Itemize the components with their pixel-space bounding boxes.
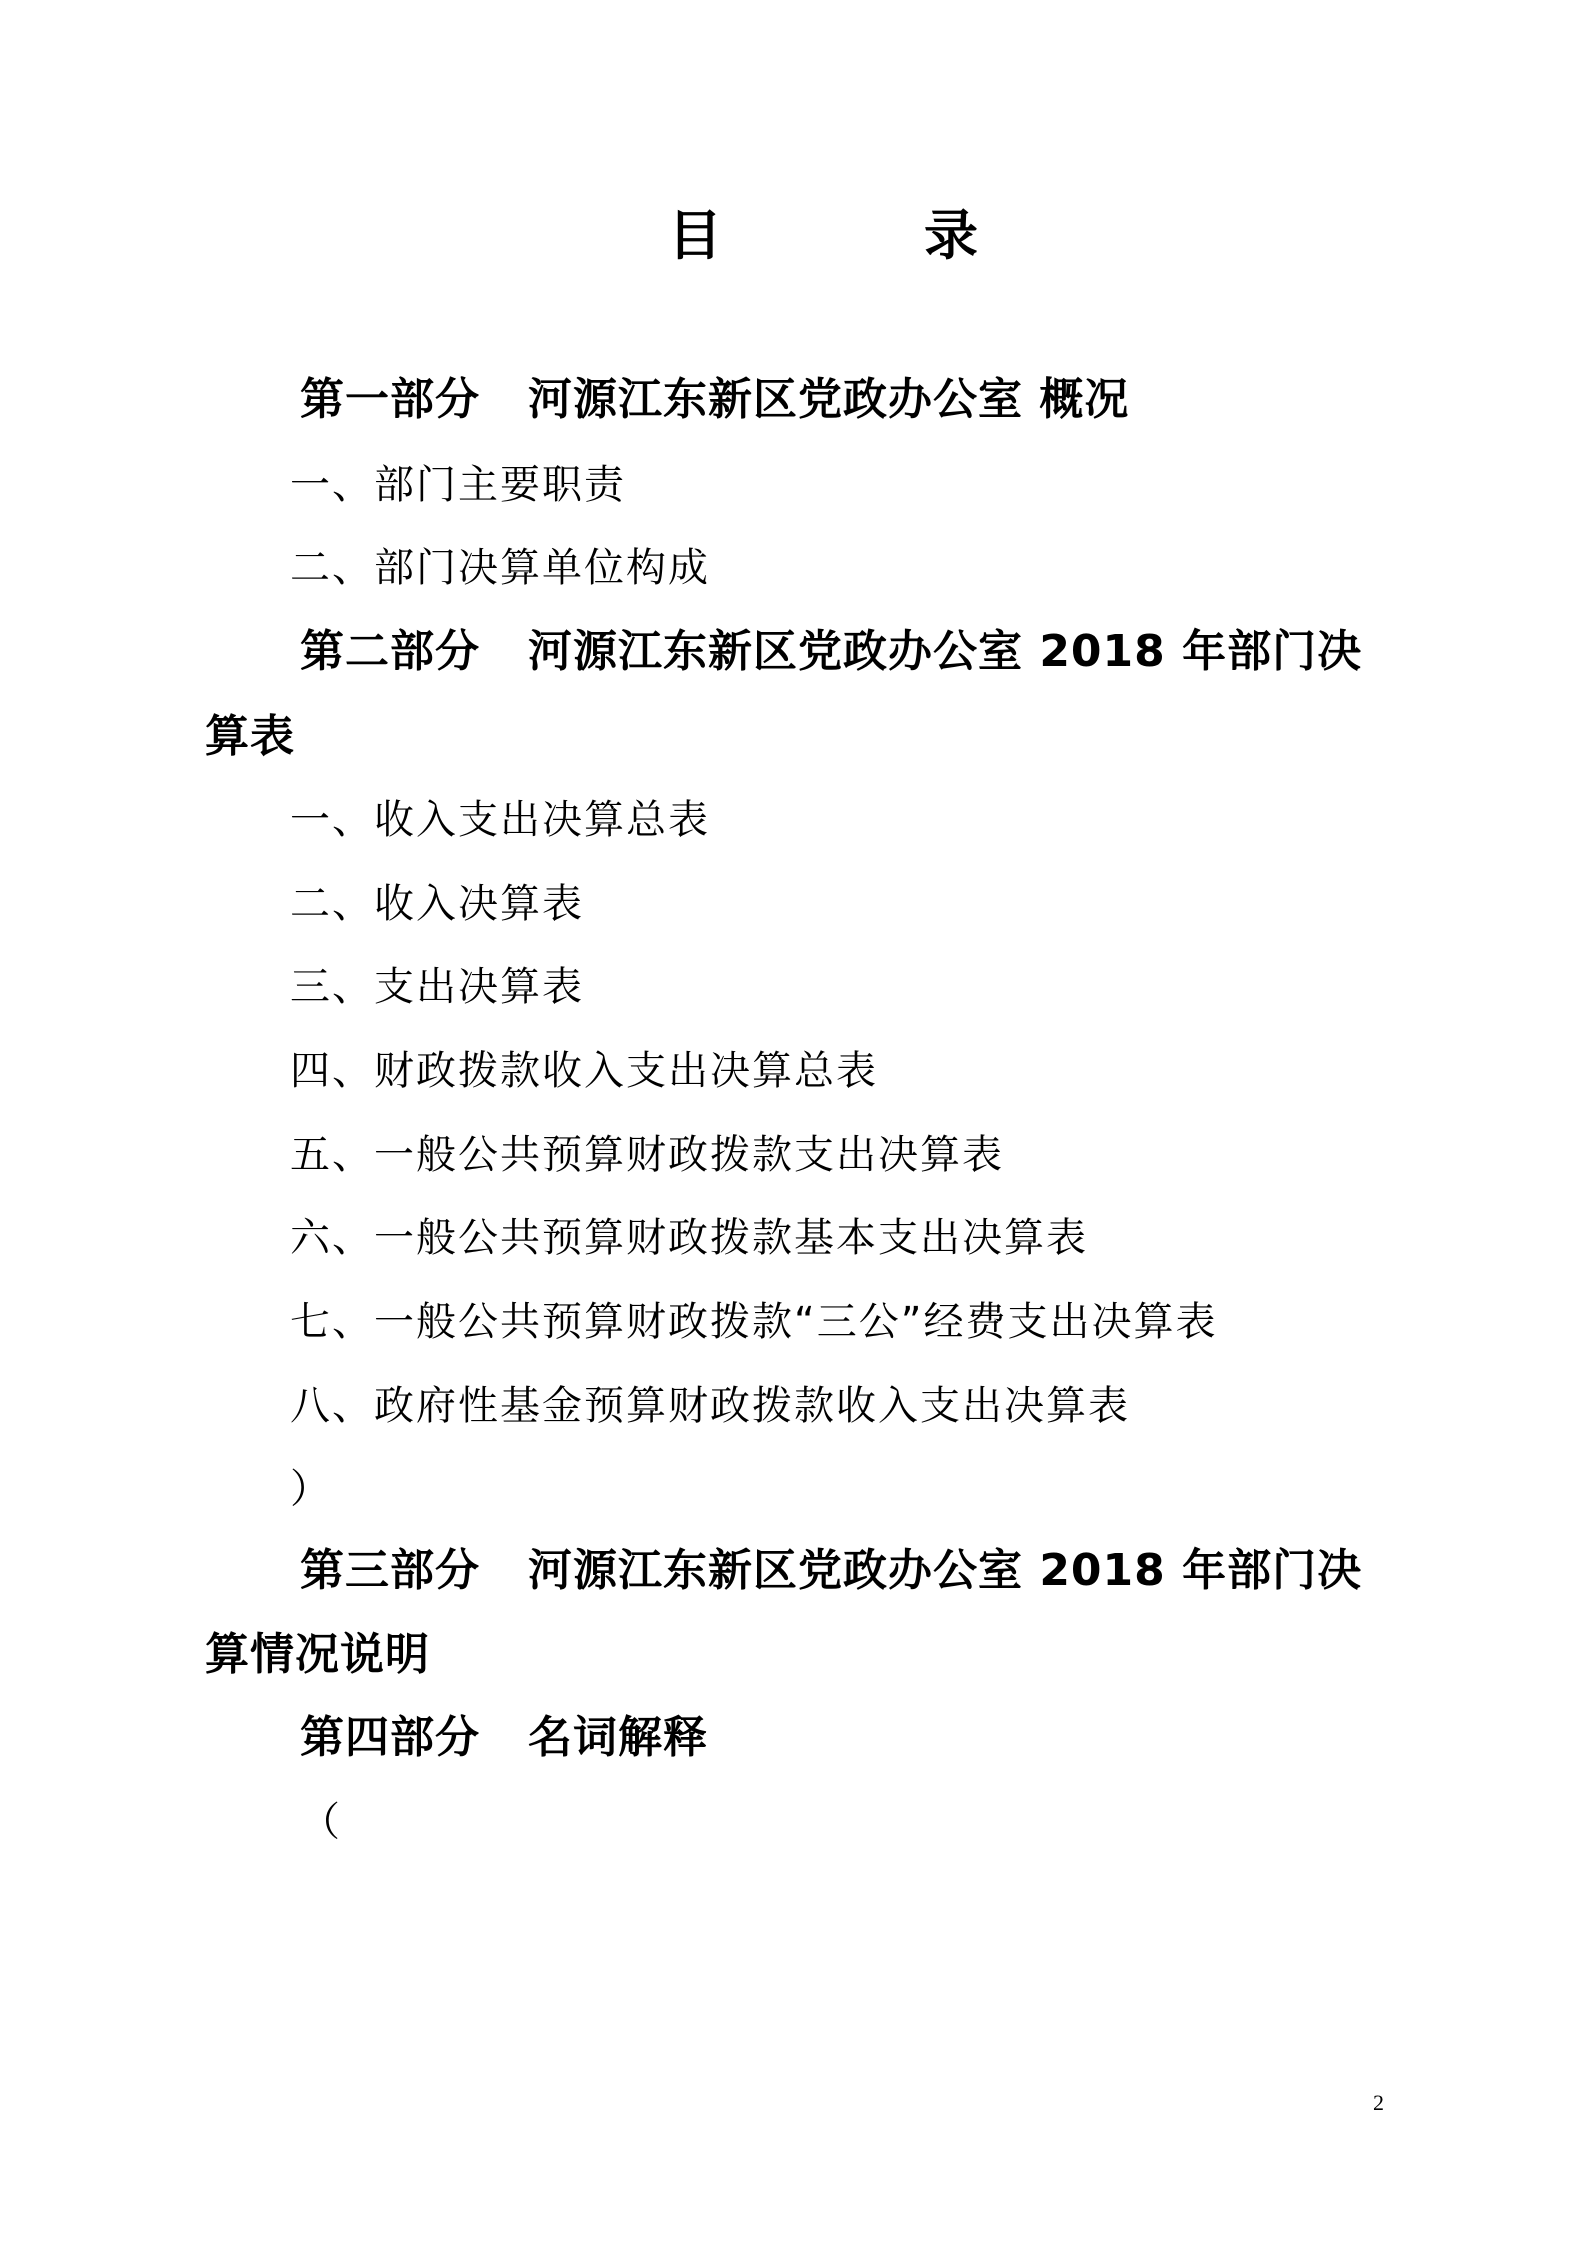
toc-part-text: 名词解释 bbox=[528, 1712, 708, 1763]
toc-part-text: 河源江东新区党政办公室 2018 年部门决 bbox=[528, 626, 1362, 677]
toc-part-label: 第二部分 bbox=[300, 626, 480, 677]
toc-part-2-continuation: 算表 bbox=[205, 712, 295, 762]
toc-title-char-1: 目 bbox=[668, 200, 722, 270]
toc-item: 五、一般公共预算财政拨款支出决算表 bbox=[290, 1130, 1004, 1180]
toc-title-char-2: 录 bbox=[924, 200, 978, 270]
toc-item: 四、财政拨款收入支出决算总表 bbox=[290, 1046, 878, 1096]
toc-item: 二、部门决算单位构成 bbox=[290, 543, 710, 593]
toc-closing-paren: ） bbox=[290, 1464, 332, 1514]
toc-item: 七、一般公共预算财政拨款“三公”经费支出决算表 bbox=[290, 1297, 1217, 1347]
toc-item: 六、一般公共预算财政拨款基本支出决算表 bbox=[290, 1213, 1088, 1263]
toc-part-label: 第一部分 bbox=[300, 374, 480, 425]
toc-part-1: 第一部分河源江东新区党政办公室 概况 bbox=[300, 375, 1129, 425]
document-page: 目 录 第一部分河源江东新区党政办公室 概况 一、部门主要职责 二、部门决算单位… bbox=[0, 0, 1587, 2245]
toc-part-label: 第四部分 bbox=[300, 1712, 480, 1763]
toc-item: 一、部门主要职责 bbox=[290, 460, 626, 510]
toc-part-2: 第二部分河源江东新区党政办公室 2018 年部门决 bbox=[300, 627, 1362, 677]
toc-part-3-continuation: 算情况说明 bbox=[205, 1630, 430, 1680]
toc-part-label: 第三部分 bbox=[300, 1545, 480, 1596]
toc-item: 二、收入决算表 bbox=[290, 879, 584, 929]
toc-item: 八、政府性基金预算财政拨款收入支出决算表 bbox=[290, 1381, 1130, 1431]
toc-part-4: 第四部分名词解释 bbox=[300, 1713, 708, 1763]
toc-item: 三、支出决算表 bbox=[290, 962, 584, 1012]
toc-item: 一、收入支出决算总表 bbox=[290, 795, 710, 845]
toc-opening-paren: （ bbox=[300, 1797, 342, 1847]
toc-part-text: 河源江东新区党政办公室 概况 bbox=[528, 374, 1129, 425]
toc-part-text: 河源江东新区党政办公室 2018 年部门决 bbox=[528, 1545, 1362, 1596]
toc-part-3: 第三部分河源江东新区党政办公室 2018 年部门决 bbox=[300, 1546, 1362, 1596]
page-number: 2 bbox=[1373, 2090, 1384, 2116]
